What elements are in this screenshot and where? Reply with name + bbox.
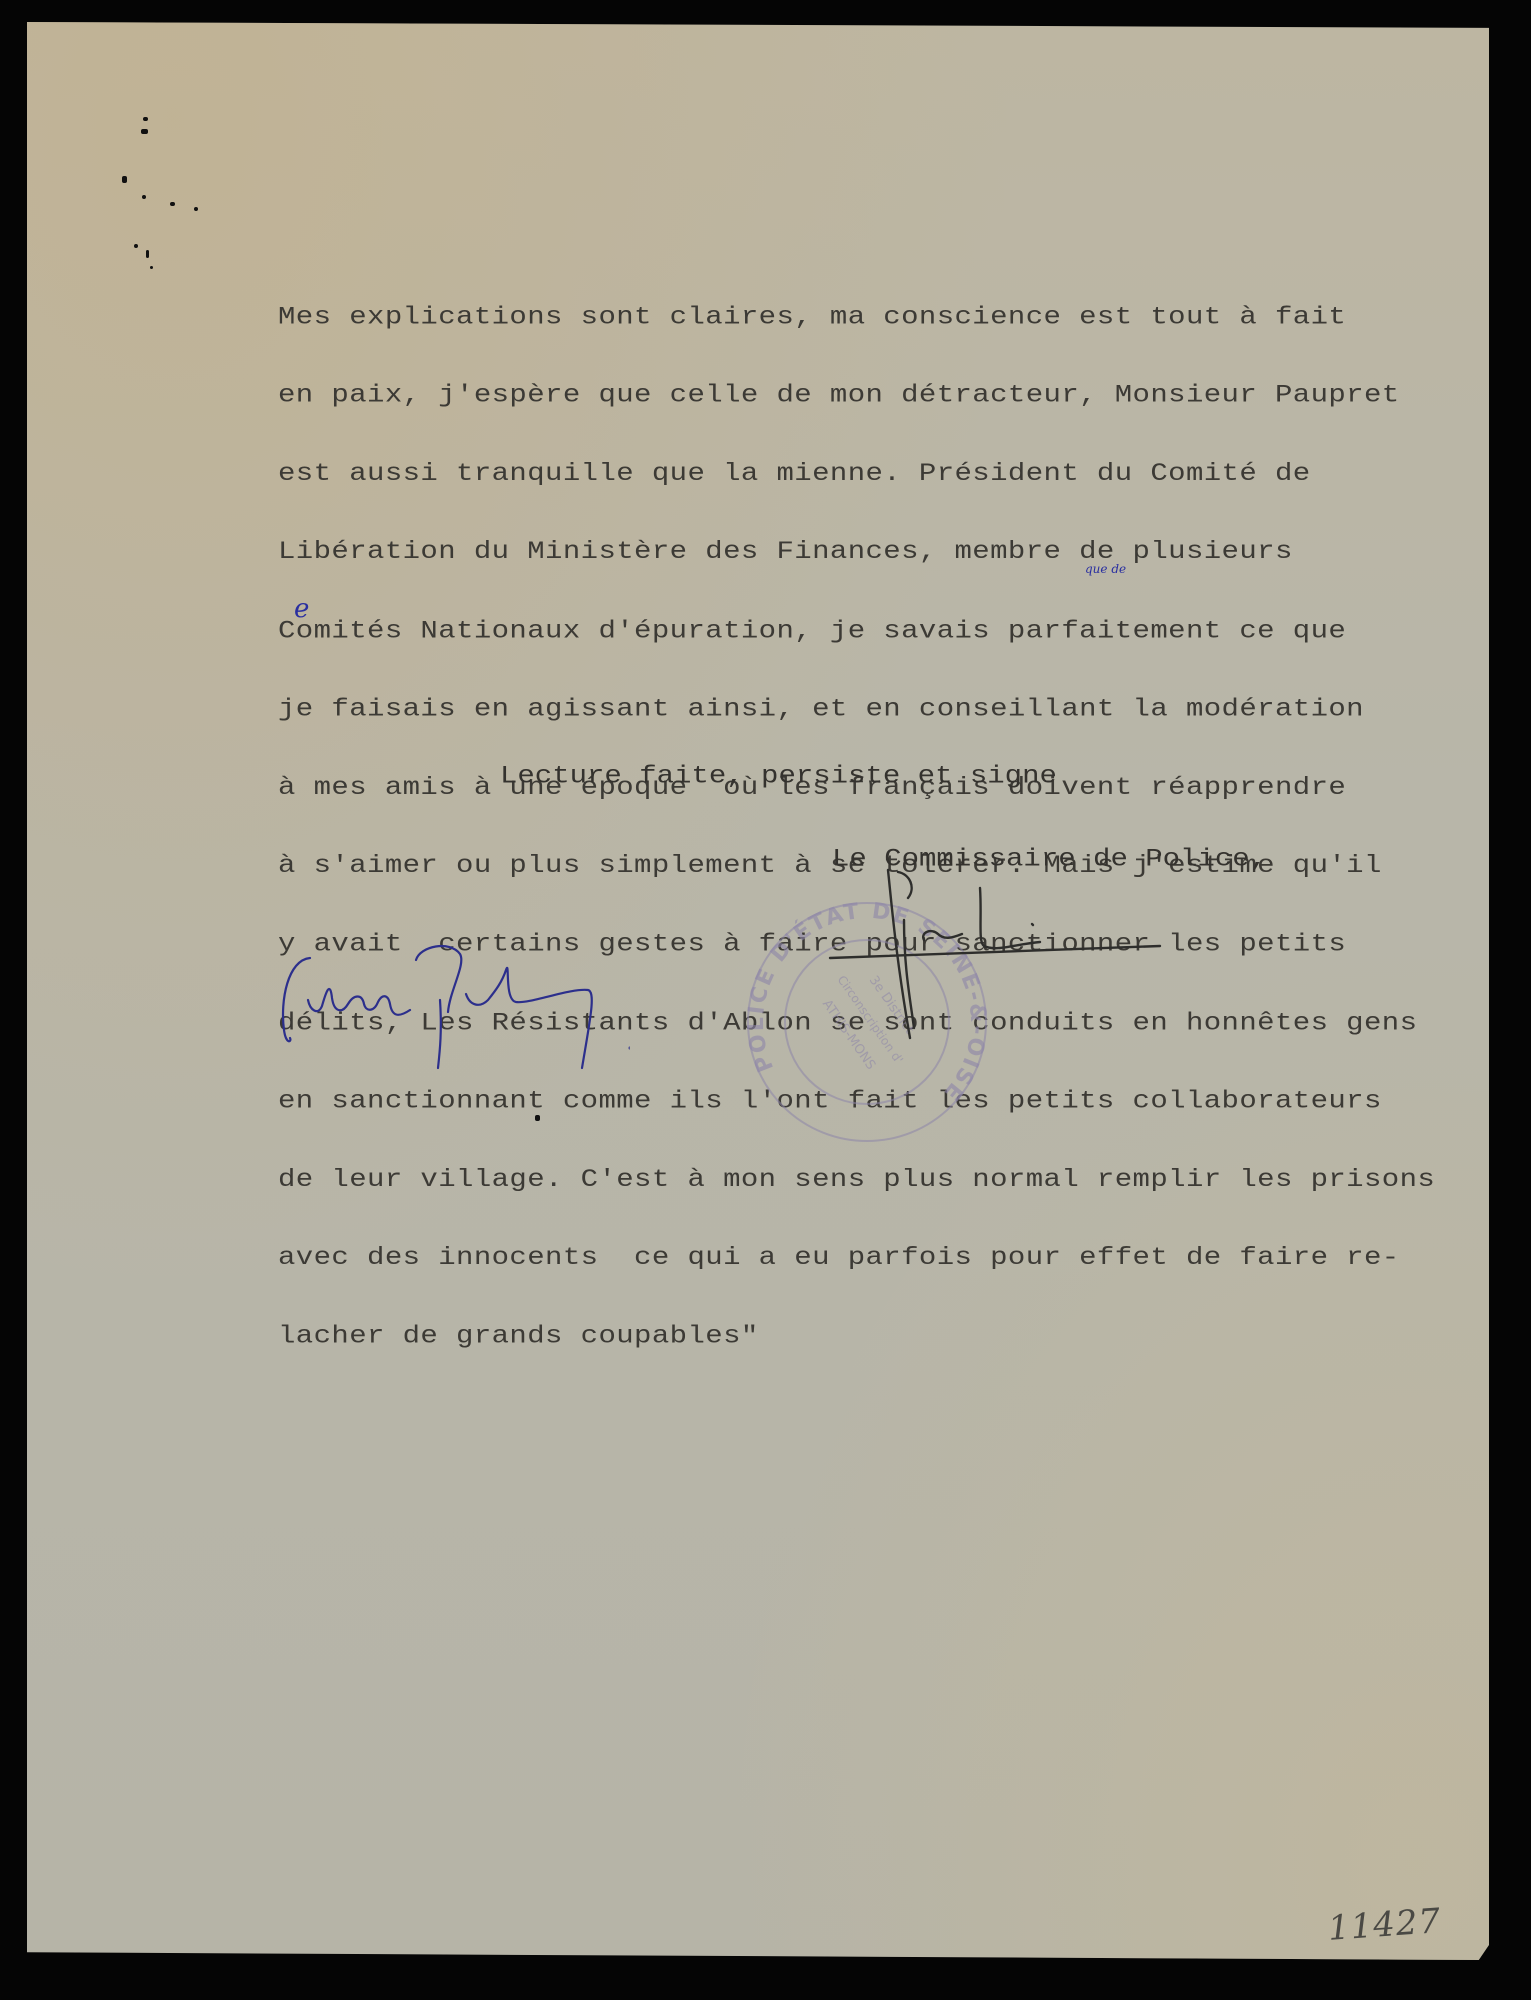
- margin-mark: [142, 195, 146, 199]
- margin-mark: [141, 129, 148, 134]
- margin-mark: [134, 244, 138, 248]
- margin-mark: [170, 202, 175, 206]
- body-line: en paix, j'espère que celle de mon détra…: [278, 383, 1435, 409]
- margin-mark: [122, 176, 127, 183]
- body-line: je faisais en agissant ainsi, et en cons…: [278, 696, 1435, 722]
- margin-mark: [146, 250, 149, 258]
- closing-formula: Lecture faite, persiste et signe: [500, 762, 1057, 790]
- margin-mark: [194, 207, 198, 211]
- archive-page-number: 11427: [1327, 1901, 1443, 1949]
- body-line: Mes explications sont claires, ma consci…: [278, 304, 1435, 330]
- body-line: avec des innocents ce qui a eu parfois p…: [278, 1246, 1435, 1272]
- handwritten-insertion: que de: [1085, 562, 1126, 576]
- handwritten-letter-correction: e: [294, 594, 309, 624]
- declarant-signature: [270, 920, 630, 1070]
- statement-body: Mes explications sont claires, ma consci…: [278, 252, 1435, 1376]
- body-line: lacher de grands coupables": [278, 1324, 1435, 1350]
- margin-mark: [150, 266, 153, 269]
- body-line: Comités Nationaux d'épuration, je savais…: [278, 618, 1435, 644]
- commissaire-signature: [820, 868, 1180, 1068]
- body-line: de leur village. C'est à mon sens plus n…: [278, 1167, 1435, 1193]
- body-line: est aussi tranquille que la mienne. Prés…: [278, 461, 1435, 487]
- margin-mark: [143, 117, 148, 121]
- body-line: Libération du Ministère des Finances, me…: [278, 540, 1435, 566]
